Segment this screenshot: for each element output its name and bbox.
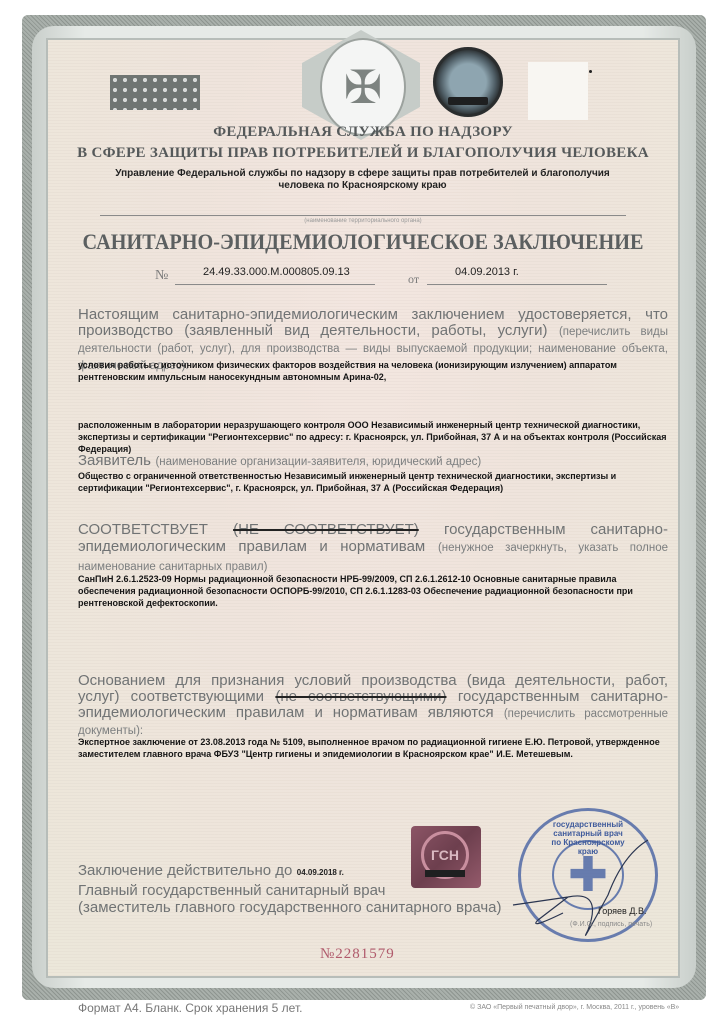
conforms-word: СООТВЕТСТВУЕТ	[78, 521, 208, 538]
signature-icon	[508, 835, 658, 965]
territorial-body: Управление Федеральной службы по надзору…	[110, 168, 615, 192]
document-date: 04.09.2013 г.	[455, 266, 519, 278]
coat-of-arms-icon: ✠	[320, 38, 406, 136]
signatory-title-line-2: (заместитель главного государственного с…	[78, 899, 502, 916]
document-number: 24.49.33.000.М.000805.09.13	[203, 266, 350, 278]
signatory-title-line-1: Главный государственный санитарный врач	[78, 882, 502, 899]
blank-patch	[528, 62, 588, 120]
basis-struck: (не соответствующими)	[275, 688, 446, 705]
conformity-paragraph: СООТВЕТСТВУЕТ (НЕ СООТВЕТСТВУЕТ) государ…	[78, 521, 668, 576]
dot-mark	[589, 70, 592, 73]
hologram-icon	[433, 47, 503, 117]
rules-text: СанПиН 2.6.1.2523-09 Нормы радиационной …	[78, 573, 668, 609]
divider	[100, 215, 626, 216]
hologram-number	[448, 97, 488, 105]
signatory-title: Главный государственный санитарный врач …	[78, 882, 502, 916]
signature-caption: (Ф.И.О., подпись, печать)	[570, 921, 652, 928]
agency-name-line-1: ФЕДЕРАЛЬНАЯ СЛУЖБА ПО НАДЗОРУ	[46, 124, 680, 141]
not-conforms-struck: (НЕ СООТВЕТСТВУЕТ)	[233, 521, 419, 538]
basis-documents: Экспертное заключение от 23.08.2013 года…	[78, 736, 668, 760]
applicant-label: Заявитель	[78, 452, 151, 469]
number-underline	[175, 284, 375, 285]
territorial-body-caption: (наименование территориального органа)	[100, 218, 626, 224]
agency-name-line-2: В СФЕРЕ ЗАЩИТЫ ПРАВ ПОТРЕБИТЕЛЕЙ И БЛАГО…	[46, 145, 680, 162]
basis-paragraph: Основанием для признания условий произво…	[78, 673, 668, 739]
applicant-hint: (наименование организации-заявителя, юри…	[155, 456, 481, 468]
security-pattern	[110, 75, 200, 110]
hologram-number	[425, 870, 465, 877]
validity-line: Заключение действительно до 04.09.2018 г…	[78, 862, 344, 880]
date-label: от	[408, 272, 419, 287]
number-label: №	[155, 268, 168, 284]
footer-format: Формат А4. Бланк. Срок хранения 5 лет.	[78, 1001, 302, 1015]
applicant-heading: Заявитель (наименование организации-заяв…	[78, 453, 668, 470]
signatory-name: Горяев Д.В.	[598, 906, 646, 916]
applicant-text: Общество с ограниченной ответственностью…	[78, 470, 668, 494]
form-serial-number: №2281579	[320, 946, 395, 963]
location-text: расположенным в лаборатории неразрушающе…	[78, 419, 668, 455]
document-title: САНИТАРНО-ЭПИДЕМИОЛОГИЧЕСКОЕ ЗАКЛЮЧЕНИЕ	[71, 229, 654, 255]
activity-text: условия работы с источником физических ф…	[78, 359, 668, 383]
validity-date: 04.09.2018 г.	[297, 868, 344, 877]
date-underline	[427, 284, 607, 285]
validity-label: Заключение действительно до	[78, 862, 292, 879]
footer-printer: © ЗАО «Первый печатный двор», г. Москва,…	[470, 1004, 679, 1011]
